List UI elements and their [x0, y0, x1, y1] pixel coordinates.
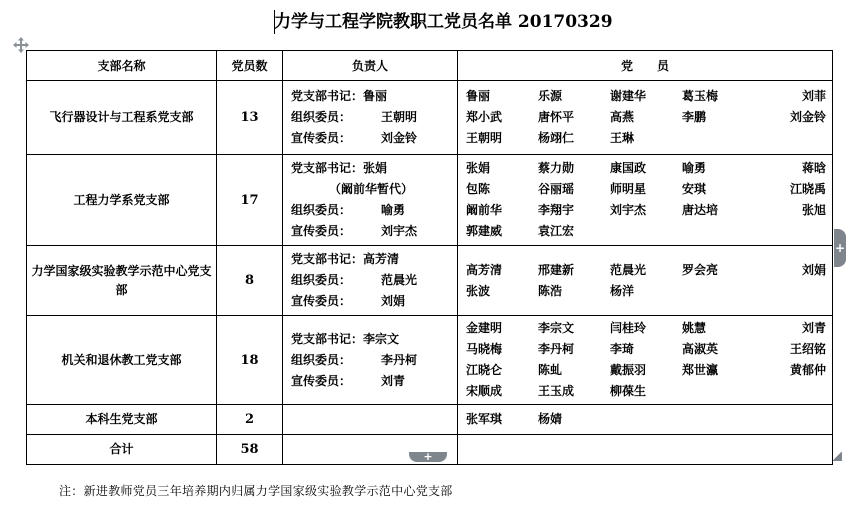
member-name — [682, 381, 754, 402]
branch-name[interactable]: 力学国家级实验教学示范中心党支部 — [27, 246, 217, 316]
member-name — [754, 128, 826, 149]
member-name: 李鹏 — [682, 107, 754, 128]
leader-name: 王朝明 — [381, 110, 417, 124]
leaders-list: 党支部书记：鲁丽组织委员：王朝明宣传委员：刘金铃 — [283, 83, 457, 152]
member-name: 蒋晗 — [754, 158, 826, 179]
member-name: 张军琪 — [466, 409, 538, 430]
leader-line: 党支部书记：鲁丽 — [291, 86, 457, 107]
member-name: 王琳 — [610, 128, 682, 149]
leader-name: 李丹柯 — [381, 353, 417, 367]
member-name: 李宗文 — [538, 318, 610, 339]
member-name: 柳葆生 — [610, 381, 682, 402]
branch-row: 工程力学系党支部17党支部书记：张娟（阚前华暂代）组织委员：喻勇宣传委员：刘宇杰… — [27, 155, 833, 246]
party-member-table: 支部名称 党员数 负责人 党 员 飞行器设计与工程系党支部13党支部书记：鲁丽组… — [26, 50, 833, 465]
leader-line: 党支部书记：高芳清 — [291, 249, 457, 270]
leader-role: 组织委员： — [291, 107, 381, 128]
resize-corner-icon[interactable] — [833, 452, 842, 461]
member-name: 阚前华 — [466, 200, 538, 221]
leaders-list — [283, 417, 457, 423]
member-row: 王朝明杨翊仁王琳 — [466, 128, 826, 149]
member-name: 谷丽瑶 — [538, 179, 610, 200]
leader-name: 刘娟 — [381, 294, 405, 308]
header-members: 党 员 — [458, 51, 833, 81]
member-name: 唐怀平 — [538, 107, 610, 128]
member-count[interactable]: 17 — [217, 155, 283, 246]
leader-role: 宣传委员： — [291, 128, 381, 149]
member-name: 师明星 — [610, 179, 682, 200]
add-row-button[interactable]: + — [409, 452, 447, 462]
member-name — [610, 409, 682, 430]
member-name — [682, 281, 754, 302]
member-name: 罗会亮 — [682, 260, 754, 281]
member-name: 黄郁仲 — [754, 360, 826, 381]
table-header-row: 支部名称 党员数 负责人 党 员 — [27, 51, 833, 81]
members-list: 张军琪杨婧 — [458, 407, 832, 432]
member-name: 刘青 — [754, 318, 826, 339]
member-name: 江晓仑 — [466, 360, 538, 381]
member-name: 张波 — [466, 281, 538, 302]
member-name: 张旭 — [754, 200, 826, 221]
member-row: 包陈谷丽瑶师明星安琪江晓禹 — [466, 179, 826, 200]
member-row: 宋顺成王玉成柳葆生 — [466, 381, 826, 402]
member-row: 鲁丽乐源谢建华葛玉梅刘菲 — [466, 86, 826, 107]
member-name — [682, 409, 754, 430]
member-name: 袁江宏 — [538, 221, 610, 242]
members-list: 高芳清邢建新范晨光罗会亮刘娟张波陈浩杨洋 — [458, 258, 832, 304]
leader-role: 党支部书记： — [291, 329, 363, 350]
member-name: 戴振羽 — [610, 360, 682, 381]
page-title: 力学与工程学院教职工党员名单 20170329 — [274, 9, 613, 35]
members-cell[interactable]: 张军琪杨婧 — [458, 405, 833, 435]
leader-note: （阚前华暂代） — [291, 182, 413, 196]
member-name — [754, 409, 826, 430]
member-name: 高淑英 — [682, 339, 754, 360]
member-name: 安琪 — [682, 179, 754, 200]
member-row: 张波陈浩杨洋 — [466, 281, 826, 302]
member-name: 王玉成 — [538, 381, 610, 402]
member-row: 张军琪杨婧 — [466, 409, 826, 430]
footnote: 注：新进教师党员三年培养期内归属力学国家级实验教学示范中心党支部 — [59, 482, 453, 499]
add-column-button[interactable]: + — [834, 229, 846, 267]
member-name: 郑小武 — [466, 107, 538, 128]
total-members-cell[interactable] — [458, 435, 833, 465]
member-count[interactable]: 18 — [217, 316, 283, 405]
leader-name: 范晨光 — [381, 273, 417, 287]
member-name: 乐源 — [538, 86, 610, 107]
leaders-cell[interactable]: 党支部书记：李宗文组织委员：李丹柯宣传委员：刘青 — [283, 316, 458, 405]
leaders-cell[interactable]: 党支部书记：高芳清组织委员：范晨光宣传委员：刘娟 — [283, 246, 458, 316]
member-name: 金建明 — [466, 318, 538, 339]
member-name: 杨翊仁 — [538, 128, 610, 149]
leader-line: 党支部书记：李宗文 — [291, 329, 457, 350]
leader-name: 高芳清 — [363, 252, 399, 266]
member-name: 李琦 — [610, 339, 682, 360]
leader-name: 刘青 — [381, 374, 405, 388]
member-name: 郑世瀛 — [682, 360, 754, 381]
member-name: 康国政 — [610, 158, 682, 179]
member-name: 刘菲 — [754, 86, 826, 107]
leader-line: 宣传委员：刘娟 — [291, 291, 457, 312]
branch-row: 本科生党支部2张军琪杨婧 — [27, 405, 833, 435]
leader-name: 李宗文 — [363, 332, 399, 346]
leader-role: 组织委员： — [291, 270, 381, 291]
member-name: 刘宇杰 — [610, 200, 682, 221]
leader-line: （阚前华暂代） — [291, 179, 457, 200]
leaders-list: 党支部书记：张娟（阚前华暂代）组织委员：喻勇宣传委员：刘宇杰 — [283, 155, 457, 245]
leader-name: 喻勇 — [381, 203, 405, 217]
members-cell[interactable]: 鲁丽乐源谢建华葛玉梅刘菲郑小武唐怀平高燕李鹏刘金铃王朝明杨翊仁王琳 — [458, 81, 833, 155]
member-row: 郭建威袁江宏 — [466, 221, 826, 242]
member-name: 高芳清 — [466, 260, 538, 281]
members-list: 鲁丽乐源谢建华葛玉梅刘菲郑小武唐怀平高燕李鹏刘金铃王朝明杨翊仁王琳 — [458, 84, 832, 151]
member-name: 宋顺成 — [466, 381, 538, 402]
leader-line: 组织委员：喻勇 — [291, 200, 457, 221]
member-name: 郭建威 — [466, 221, 538, 242]
header-member-count: 党员数 — [217, 51, 283, 81]
member-name: 张娟 — [466, 158, 538, 179]
leaders-cell[interactable]: 党支部书记：张娟（阚前华暂代）组织委员：喻勇宣传委员：刘宇杰 — [283, 155, 458, 246]
leader-role: 宣传委员： — [291, 371, 381, 392]
member-row: 阚前华李翔宇刘宇杰唐达培张旭 — [466, 200, 826, 221]
member-name: 陈虬 — [538, 360, 610, 381]
leaders-list: 党支部书记：高芳清组织委员：范晨光宣传委员：刘娟 — [283, 246, 457, 315]
leader-name: 刘金铃 — [381, 131, 417, 145]
branch-name[interactable]: 工程力学系党支部 — [27, 155, 217, 246]
leaders-cell[interactable] — [283, 405, 458, 435]
leader-role: 组织委员： — [291, 200, 381, 221]
member-name: 邢建新 — [538, 260, 610, 281]
member-name — [610, 221, 682, 242]
member-count[interactable]: 8 — [217, 246, 283, 316]
member-name: 李丹柯 — [538, 339, 610, 360]
member-count[interactable]: 13 — [217, 81, 283, 155]
header-branch-name: 支部名称 — [27, 51, 217, 81]
branch-row: 机关和退休教工党支部18党支部书记：李宗文组织委员：李丹柯宣传委员：刘青金建明李… — [27, 316, 833, 405]
member-name — [682, 128, 754, 149]
member-name: 葛玉梅 — [682, 86, 754, 107]
members-list: 金建明李宗文闫桂玲姚慧刘青马晓梅李丹柯李琦高淑英王绍铭江晓仑陈虬戴振羽郑世瀛黄郁… — [458, 316, 832, 404]
member-row: 张娟蔡力勋康国政喻勇蒋晗 — [466, 158, 826, 179]
members-cell[interactable]: 金建明李宗文闫桂玲姚慧刘青马晓梅李丹柯李琦高淑英王绍铭江晓仑陈虬戴振羽郑世瀛黄郁… — [458, 316, 833, 405]
member-row: 马晓梅李丹柯李琦高淑英王绍铭 — [466, 339, 826, 360]
leader-name: 鲁丽 — [363, 89, 387, 103]
leader-line: 宣传委员：刘青 — [291, 371, 457, 392]
leader-line: 党支部书记：张娟 — [291, 158, 457, 179]
leader-line: 宣传委员：刘宇杰 — [291, 221, 457, 242]
total-count[interactable]: 58 — [217, 435, 283, 465]
member-row: 金建明李宗文闫桂玲姚慧刘青 — [466, 318, 826, 339]
member-name: 闫桂玲 — [610, 318, 682, 339]
member-name: 王绍铭 — [754, 339, 826, 360]
leader-role: 党支部书记： — [291, 158, 363, 179]
member-row: 郑小武唐怀平高燕李鹏刘金铃 — [466, 107, 826, 128]
member-name: 喻勇 — [682, 158, 754, 179]
leaders-cell[interactable]: 党支部书记：鲁丽组织委员：王朝明宣传委员：刘金铃 — [283, 81, 458, 155]
member-count[interactable]: 2 — [217, 405, 283, 435]
leader-name: 刘宇杰 — [381, 224, 417, 238]
member-name: 杨洋 — [610, 281, 682, 302]
members-list: 张娟蔡力勋康国政喻勇蒋晗包陈谷丽瑶师明星安琪江晓禹阚前华李翔宇刘宇杰唐达培张旭郭… — [458, 156, 832, 244]
member-name — [754, 221, 826, 242]
member-name: 范晨光 — [610, 260, 682, 281]
member-row: 江晓仑陈虬戴振羽郑世瀛黄郁仲 — [466, 360, 826, 381]
leader-line: 组织委员：王朝明 — [291, 107, 457, 128]
member-name: 高燕 — [610, 107, 682, 128]
leader-line: 组织委员：李丹柯 — [291, 350, 457, 371]
member-row: 高芳清邢建新范晨光罗会亮刘娟 — [466, 260, 826, 281]
leader-line: 组织委员：范晨光 — [291, 270, 457, 291]
branch-name[interactable]: 机关和退休教工党支部 — [27, 316, 217, 405]
branch-name[interactable]: 本科生党支部 — [27, 405, 217, 435]
leader-role: 宣传委员： — [291, 221, 381, 242]
leader-role: 宣传委员： — [291, 291, 381, 312]
members-cell[interactable]: 高芳清邢建新范晨光罗会亮刘娟张波陈浩杨洋 — [458, 246, 833, 316]
leader-role: 组织委员： — [291, 350, 381, 371]
member-name: 姚慧 — [682, 318, 754, 339]
member-name: 杨婧 — [538, 409, 610, 430]
member-name: 陈浩 — [538, 281, 610, 302]
member-name — [754, 281, 826, 302]
member-name: 唐达培 — [682, 200, 754, 221]
member-name: 江晓禹 — [754, 179, 826, 200]
member-name: 李翔宇 — [538, 200, 610, 221]
member-name: 刘金铃 — [754, 107, 826, 128]
leader-name: 张娟 — [363, 161, 387, 175]
leader-line: 宣传委员：刘金铃 — [291, 128, 457, 149]
member-name: 包陈 — [466, 179, 538, 200]
total-label[interactable]: 合计 — [27, 435, 217, 465]
branch-name[interactable]: 飞行器设计与工程系党支部 — [27, 81, 217, 155]
leader-role: 党支部书记： — [291, 86, 363, 107]
member-name: 刘娟 — [754, 260, 826, 281]
header-leaders: 负责人 — [283, 51, 458, 81]
branch-row: 飞行器设计与工程系党支部13党支部书记：鲁丽组织委员：王朝明宣传委员：刘金铃鲁丽… — [27, 81, 833, 155]
branch-row: 力学国家级实验教学示范中心党支部8党支部书记：高芳清组织委员：范晨光宣传委员：刘… — [27, 246, 833, 316]
member-name: 蔡力勋 — [538, 158, 610, 179]
member-name: 谢建华 — [610, 86, 682, 107]
member-name: 马晓梅 — [466, 339, 538, 360]
member-name — [754, 381, 826, 402]
member-name: 王朝明 — [466, 128, 538, 149]
leader-role: 党支部书记： — [291, 249, 363, 270]
member-name — [682, 221, 754, 242]
member-name: 鲁丽 — [466, 86, 538, 107]
leaders-list: 党支部书记：李宗文组织委员：李丹柯宣传委员：刘青 — [283, 326, 457, 395]
members-cell[interactable]: 张娟蔡力勋康国政喻勇蒋晗包陈谷丽瑶师明星安琪江晓禹阚前华李翔宇刘宇杰唐达培张旭郭… — [458, 155, 833, 246]
